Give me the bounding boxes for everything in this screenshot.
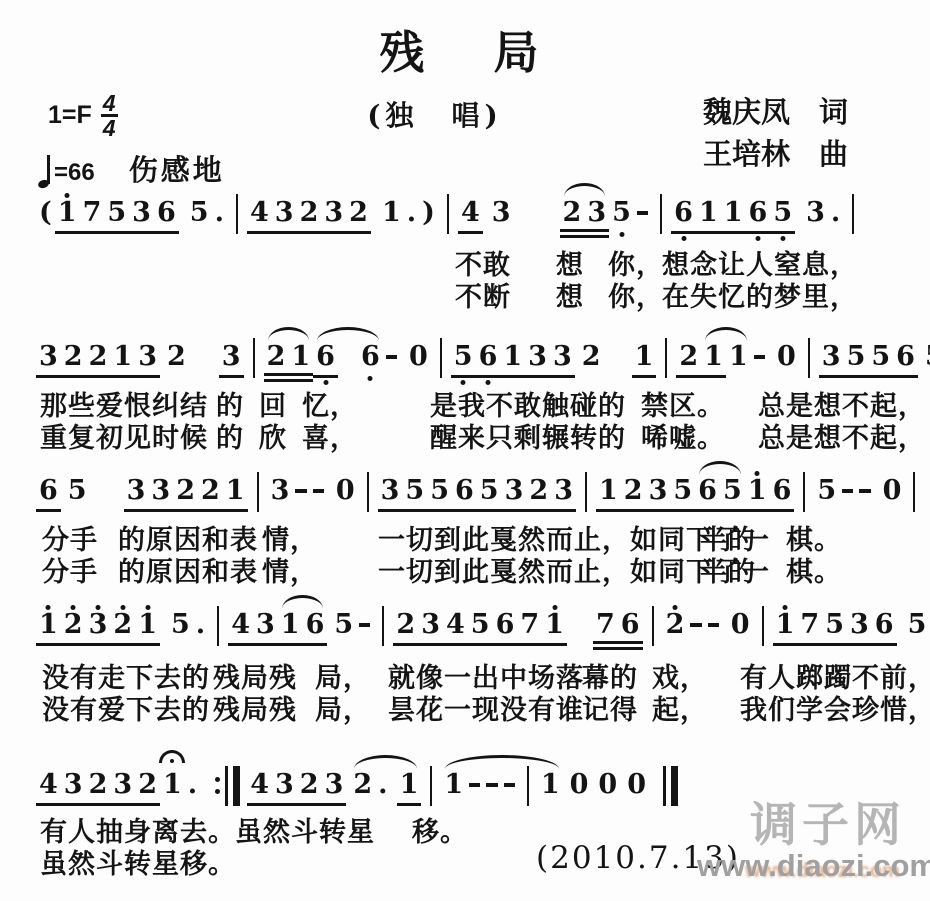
lyric-segment: 分手 bbox=[42, 550, 98, 589]
note: ) bbox=[419, 196, 438, 230]
note: ( bbox=[36, 196, 55, 230]
lyric-segment: 的 bbox=[598, 416, 626, 455]
note: . bbox=[404, 196, 419, 230]
lyrics-row-1: 没有走下去的残局残局，就像一出中场落幕的戏，有人踯躅不前， bbox=[0, 656, 930, 688]
note: 5 bbox=[168, 608, 193, 642]
tempo-value: =66 bbox=[54, 159, 95, 187]
note: 0 bbox=[333, 474, 358, 508]
music-system-3: 65332213--035565323123565165--0 分手的原因和表情… bbox=[0, 474, 930, 604]
note: 3 bbox=[819, 340, 844, 378]
note: 1 bbox=[55, 196, 80, 234]
spacer bbox=[160, 608, 168, 609]
octave-dot-low bbox=[755, 236, 760, 241]
spacer bbox=[371, 196, 379, 197]
slur-arc bbox=[564, 183, 606, 197]
octave-dot-high bbox=[782, 605, 787, 610]
note: 1 bbox=[745, 474, 770, 512]
note: 3 bbox=[135, 340, 160, 378]
note: 2 bbox=[346, 196, 371, 234]
note: 5 bbox=[477, 474, 502, 512]
note: 6 bbox=[36, 474, 61, 512]
final-barline bbox=[663, 766, 678, 806]
note: - bbox=[839, 474, 856, 508]
watermark-url: www.diaozi.com bbox=[697, 848, 930, 884]
octave-dot-high bbox=[71, 605, 76, 610]
key-label: 1=F bbox=[48, 101, 92, 130]
note: 1 bbox=[288, 340, 313, 382]
note: 1 bbox=[110, 340, 135, 378]
notation-row: (175365.432321.)43235-611653. bbox=[36, 196, 863, 238]
tempo-marking: =66 伤感地 bbox=[38, 148, 225, 189]
notation-row: 123215.43165-2345671762--0175365. bbox=[36, 608, 930, 650]
octave-dot-high bbox=[145, 605, 150, 610]
spacer bbox=[897, 608, 905, 609]
spacer bbox=[649, 768, 657, 769]
note: 3 bbox=[272, 196, 297, 234]
note: - bbox=[483, 768, 500, 802]
note: - bbox=[356, 608, 373, 642]
octave-dot-low bbox=[368, 376, 373, 381]
lyric-segment: 昙花一现没有谁 bbox=[388, 688, 584, 727]
barline bbox=[660, 194, 662, 234]
note: 5 bbox=[187, 196, 212, 230]
lyrics-row-2: 不断想你，在失忆的梦里， bbox=[0, 275, 930, 307]
note: 1 bbox=[36, 608, 61, 646]
note: 4 bbox=[247, 768, 272, 806]
spacer bbox=[795, 196, 803, 197]
expression-text: 伤感地 bbox=[129, 148, 225, 189]
note: 6 bbox=[493, 608, 518, 646]
note: 5 bbox=[822, 608, 847, 646]
note: 1 bbox=[632, 340, 657, 378]
note: 3 bbox=[550, 340, 575, 378]
slur-arc bbox=[317, 327, 379, 341]
note: 6 bbox=[476, 340, 501, 378]
note: . bbox=[375, 768, 390, 802]
barline bbox=[652, 606, 654, 646]
note: 6 bbox=[695, 474, 720, 512]
song-title: 残 局 bbox=[0, 16, 930, 81]
note: 2 bbox=[110, 608, 135, 646]
lyric-segment: 醒来只剩辗转 bbox=[430, 416, 598, 455]
note: . bbox=[193, 608, 208, 642]
note: 2 bbox=[663, 608, 688, 642]
barline bbox=[440, 338, 442, 378]
note: 3 bbox=[272, 768, 297, 806]
note: 6 bbox=[618, 608, 643, 650]
note: 3 bbox=[525, 340, 550, 378]
note: 5 bbox=[922, 340, 930, 374]
octave-dot-high bbox=[46, 605, 51, 610]
watermark-brand: 调子网 bbox=[750, 788, 906, 855]
note: 5 bbox=[770, 196, 795, 234]
note: 5 bbox=[720, 474, 745, 512]
note: 5 bbox=[427, 474, 452, 512]
slur-group: 2.1 bbox=[350, 768, 421, 806]
note-stem bbox=[47, 155, 50, 184]
lyric-segment: 棋。 bbox=[786, 550, 842, 589]
note: 3 bbox=[124, 474, 149, 512]
lyric-segment: 半的 bbox=[700, 550, 756, 589]
note: 5 bbox=[814, 474, 839, 508]
note: 5 bbox=[868, 340, 893, 378]
note: 3 bbox=[86, 608, 111, 646]
note: 6 bbox=[313, 340, 338, 378]
note: 3 bbox=[110, 768, 135, 806]
time-signature: 4 4 bbox=[101, 92, 118, 139]
note: 3 bbox=[148, 474, 173, 512]
octave-dot-high bbox=[65, 193, 70, 198]
octave-dot-low bbox=[619, 232, 624, 237]
note: 7 bbox=[517, 608, 542, 646]
note: 6 bbox=[154, 196, 179, 234]
note: - bbox=[310, 474, 327, 508]
octave-dot-low bbox=[780, 236, 785, 241]
notation-row: 432321.43232.11---1000 bbox=[36, 768, 678, 806]
note: 5 bbox=[609, 196, 634, 230]
note: 6 bbox=[452, 474, 477, 512]
music-system-1: (175365.432321.)43235-611653. 不敢想你，想念让人窒… bbox=[0, 196, 930, 326]
note: 1 bbox=[542, 608, 567, 646]
note: 5 bbox=[451, 340, 476, 378]
note: - bbox=[751, 340, 768, 374]
notation-row: 65332213--035565323123565165--0 bbox=[36, 474, 924, 512]
note: 4 bbox=[458, 196, 483, 234]
note: 1 bbox=[701, 340, 726, 378]
note: 6 bbox=[671, 196, 696, 234]
slur-group: 21 bbox=[264, 340, 314, 382]
spacer bbox=[514, 196, 560, 197]
composer-credit: 王培林 曲 bbox=[703, 132, 848, 173]
note: 4 bbox=[443, 608, 468, 646]
octave-dot-high bbox=[552, 605, 557, 610]
note: 2 bbox=[526, 474, 551, 512]
note: 0 bbox=[406, 340, 431, 374]
note: 4 bbox=[228, 608, 253, 646]
note: 5 bbox=[65, 474, 90, 508]
barline bbox=[913, 472, 915, 512]
octave-dot-high bbox=[120, 605, 125, 610]
note: 3 bbox=[418, 608, 443, 646]
note: 0 bbox=[774, 340, 799, 374]
repeat-bars bbox=[225, 766, 240, 806]
slur-arc bbox=[445, 755, 558, 769]
note: 2 bbox=[621, 474, 646, 512]
note: - bbox=[292, 474, 309, 508]
note: 3 bbox=[219, 340, 244, 378]
note: 1 bbox=[278, 608, 303, 646]
lyrics-row-1: 不敢想你，想念让人窒息， bbox=[0, 243, 930, 275]
slur-group: 1---1 bbox=[441, 768, 562, 806]
lyric-segment: 起， bbox=[652, 688, 708, 727]
note: 3 bbox=[268, 474, 293, 508]
note: 1 bbox=[721, 196, 746, 234]
note: - bbox=[634, 196, 651, 230]
slur-group: 66 bbox=[313, 340, 383, 378]
lyric-segment: 总是想不起， bbox=[758, 416, 926, 455]
lyric-segment: 在失忆的梦里， bbox=[662, 275, 858, 314]
note: 6 bbox=[770, 474, 795, 512]
lyric-segment: 虽然斗转星移。 bbox=[40, 842, 236, 881]
slur-arc bbox=[705, 327, 747, 341]
barline bbox=[808, 338, 810, 378]
note: 2 bbox=[61, 608, 86, 646]
note: 3 bbox=[646, 474, 671, 512]
note: 3 bbox=[378, 474, 403, 512]
note: 1 bbox=[773, 608, 798, 646]
note: 1 bbox=[696, 196, 721, 234]
note: 2 bbox=[86, 340, 111, 378]
note: 3 bbox=[847, 608, 872, 646]
note: 6 bbox=[303, 608, 328, 646]
note: 1 bbox=[397, 768, 422, 806]
notation-row: 32213232166-05613321211-035565- bbox=[36, 340, 930, 382]
spacer bbox=[604, 340, 632, 341]
spacer bbox=[189, 340, 219, 341]
key-signature: 1=F 4 4 bbox=[48, 92, 118, 139]
note: 2 bbox=[164, 340, 189, 374]
barline bbox=[447, 194, 449, 234]
slur-group: 11 bbox=[701, 340, 751, 378]
music-system-2: 32213232166-05613321211-035565- 那些爱恨纠结的回… bbox=[0, 340, 930, 470]
barline bbox=[367, 472, 369, 512]
note: . bbox=[185, 768, 200, 802]
note: - bbox=[856, 474, 873, 508]
note: 5 bbox=[670, 474, 695, 512]
note: 2 bbox=[350, 768, 375, 802]
note: 2 bbox=[61, 340, 86, 378]
time-numerator: 4 bbox=[101, 92, 118, 117]
lyrics-row-1: 分手的原因和表情，一切到此戛然而止，如同下了一半的棋。 bbox=[0, 518, 930, 550]
slur-group: 23 bbox=[560, 196, 610, 238]
note: 1 bbox=[223, 474, 248, 512]
note: 7 bbox=[797, 608, 822, 646]
lyric-segment: 的 bbox=[216, 416, 244, 455]
note: 0 bbox=[624, 768, 649, 802]
note: - bbox=[705, 608, 722, 642]
lyric-segment: 想 bbox=[556, 275, 584, 314]
quarter-note-icon bbox=[38, 153, 53, 189]
note: 7 bbox=[80, 196, 105, 234]
note: 1 bbox=[379, 196, 404, 230]
barline bbox=[762, 606, 764, 646]
lyricist-credit: 魏庆凤 词 bbox=[703, 90, 848, 131]
note: 5 bbox=[468, 608, 493, 646]
spacer bbox=[179, 196, 187, 197]
note: 3 bbox=[321, 196, 346, 234]
note: 3 bbox=[36, 340, 61, 378]
note: 5 bbox=[905, 608, 930, 642]
lyric-segment: 记得 bbox=[582, 688, 638, 727]
note: - bbox=[687, 608, 704, 642]
octave-dot-low bbox=[681, 236, 686, 241]
note: 6 bbox=[893, 340, 918, 378]
lyric-segment: 不断 bbox=[455, 275, 511, 314]
note: 0 bbox=[728, 608, 753, 642]
note: 3 bbox=[502, 474, 527, 512]
note: 2 bbox=[676, 340, 701, 378]
spacer bbox=[200, 768, 208, 769]
lyric-segment: 残局残 bbox=[213, 688, 297, 727]
note: 2 bbox=[135, 768, 160, 806]
note: 1 bbox=[135, 608, 160, 646]
note: 6 bbox=[872, 608, 897, 646]
fermata-dot bbox=[170, 759, 174, 763]
note: 0 bbox=[567, 768, 592, 802]
note: . bbox=[828, 196, 843, 230]
note: - bbox=[466, 768, 483, 802]
note: 3 bbox=[584, 196, 609, 238]
slur-arc bbox=[268, 327, 310, 341]
note: 2 bbox=[173, 474, 198, 512]
lyrics-row-2: 没有爱下去的残局残局，昙花一现没有谁记得起，我们学会珍惜， bbox=[0, 688, 930, 720]
note: 0 bbox=[880, 474, 905, 508]
lyrics-row-1: 那些爱恨纠结的回忆，是我不敢触碰的禁区。总是想不起， bbox=[0, 384, 930, 416]
slur-arc bbox=[354, 755, 417, 769]
lyric-segment: 的原因和表 bbox=[118, 550, 258, 589]
note: 2 bbox=[198, 474, 223, 512]
note: 5 bbox=[104, 196, 129, 234]
barline bbox=[382, 606, 384, 646]
barline bbox=[665, 338, 667, 378]
barline bbox=[803, 472, 805, 512]
note: 2 bbox=[560, 196, 585, 238]
lyric-segment: 我们学会珍惜， bbox=[740, 688, 930, 727]
barline bbox=[852, 194, 854, 234]
barline bbox=[253, 338, 255, 378]
note: 2 bbox=[297, 196, 322, 234]
barline bbox=[585, 472, 587, 512]
lyric-segment: 你， bbox=[608, 275, 664, 314]
note: 5 bbox=[844, 340, 869, 378]
note: 1 bbox=[441, 768, 466, 802]
note: 3 bbox=[129, 196, 154, 234]
repeat-sign bbox=[215, 768, 240, 806]
music-system-4: 123215.43165-2345671762--0175365. 没有走下去的… bbox=[0, 608, 930, 738]
lyrics-row-2: 重复初见时候的欣喜，醒来只剩辗转的唏嘘。总是想不起， bbox=[0, 416, 930, 448]
slur-group: 65 bbox=[695, 474, 745, 512]
note: 5 bbox=[331, 608, 356, 642]
lyric-segment: 唏嘘。 bbox=[641, 416, 725, 455]
spacer bbox=[567, 608, 593, 609]
barline bbox=[257, 472, 259, 512]
note: 2 bbox=[264, 340, 289, 382]
note: 5 bbox=[402, 474, 427, 512]
barline bbox=[430, 766, 432, 806]
lyric-segment: 喜， bbox=[302, 416, 358, 455]
spacer bbox=[90, 474, 124, 475]
lyric-segment: 局， bbox=[315, 688, 371, 727]
note: 1 bbox=[596, 474, 621, 512]
note: 1 bbox=[726, 340, 751, 374]
note: 3 bbox=[61, 768, 86, 806]
note: 3 bbox=[803, 196, 828, 230]
note: 6 bbox=[358, 340, 383, 374]
note: . bbox=[212, 196, 227, 230]
note: 2 bbox=[297, 768, 322, 806]
note: 6 bbox=[746, 196, 771, 234]
lyric-segment: 欣 bbox=[259, 416, 287, 455]
note: - bbox=[383, 340, 400, 374]
octave-dot-high bbox=[95, 605, 100, 610]
lyric-segment: 没有爱下去的 bbox=[42, 688, 210, 727]
octave-dot-high bbox=[755, 471, 760, 476]
note: 0 bbox=[595, 768, 620, 802]
barline bbox=[217, 606, 219, 646]
lyric-segment: 重复初见时候 bbox=[40, 416, 208, 455]
note: - bbox=[501, 768, 518, 802]
note: 2 bbox=[393, 608, 418, 646]
lyric-segment: 情， bbox=[262, 550, 318, 589]
note: 7 bbox=[593, 608, 618, 650]
note: 3 bbox=[489, 196, 514, 230]
repeat-dots bbox=[215, 777, 220, 782]
note: 1 bbox=[160, 768, 185, 802]
note: 2 bbox=[86, 768, 111, 806]
note: 3 bbox=[253, 608, 278, 646]
note: 1 bbox=[538, 768, 563, 802]
time-denominator: 4 bbox=[103, 117, 116, 139]
note: 4 bbox=[36, 768, 61, 806]
lyrics-row-2: 分手的原因和表情，一切到此戛然而止，如同下了一半的棋。 bbox=[0, 550, 930, 582]
barline bbox=[527, 766, 529, 806]
sheet-music-page: 残 局 (独 唱) 1=F 4 4 =66 伤感地 魏庆凤 词 王培林 曲 (1… bbox=[0, 0, 930, 901]
note: 3 bbox=[322, 768, 347, 806]
slur-group: 16 bbox=[278, 608, 328, 646]
octave-dot-high bbox=[672, 605, 677, 610]
barline bbox=[236, 194, 238, 234]
note: 2 bbox=[579, 340, 604, 374]
note: 1 bbox=[500, 340, 525, 378]
note: 4 bbox=[247, 196, 272, 234]
note: 3 bbox=[551, 474, 576, 512]
